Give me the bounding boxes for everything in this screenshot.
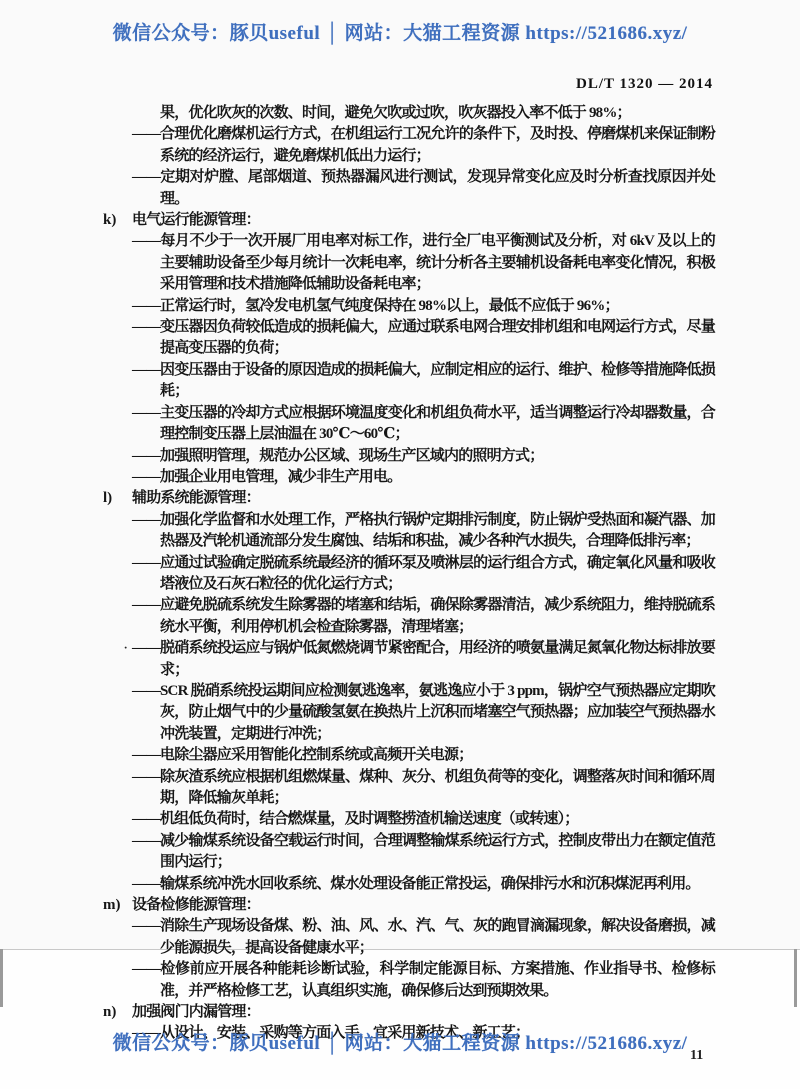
section-heading: k)电气运行能源管理： [103,210,715,231]
document-page: 微信公众号：豚贝useful │ 网站：大猫工程资源 https://52168… [0,0,800,1089]
section-title: 电气运行能源管理： [132,212,260,228]
dash-item: ——加强企业用电管理，减少非生产用电。 [103,467,715,488]
dash-mark: —— [132,833,160,849]
dash-mark: —— [132,448,160,464]
dash-mark: —— [132,747,160,763]
section-heading: n)加强阀门内漏管理： [103,1002,715,1023]
section-heading: m)设备检修能源管理： [103,895,715,916]
dash-mark: —— [132,683,160,699]
dash-mark: —— [132,769,160,785]
dash-item: ——SCR 脱硝系统投运期间应检测氨逃逸率，氨逃逸应小于 3 ppm，锅炉空气预… [103,681,715,745]
dash-item: ——加强化学监督和水处理工作，严格执行锅炉定期排污制度，防止锅炉受热面和凝汽器、… [103,510,715,553]
dash-mark: —— [132,469,160,485]
scan-edge-mark-right [794,949,797,1007]
section-letter: l) [103,488,132,509]
dash-item: ——消除生产现场设备煤、粉、油、风、水、汽、气、灰的跑冒滴漏现象，解决设备磨损，… [103,916,715,959]
dash-mark: —— [132,169,160,185]
dash-item: ——电除尘器应采用智能化控制系统或高频开关电源； [103,745,715,766]
dash-mark: —— [132,555,160,571]
dash-item: ——每月不少于一次开展厂用电率对标工作，进行全厂电平衡测试及分析，对 6kV 及… [103,231,715,295]
document-body: 果，优化吹灰的次数、时间，避免欠吹或过吹，吹灰器投入率不低于 98%；——合理优… [103,103,715,1045]
dash-mark: —— [132,640,160,656]
dash-mark: —— [132,319,160,335]
dash-item: ——应通过试验确定脱硫系统最经济的循环泵及喷淋层的运行组合方式，确定氧化风量和吸… [103,553,715,596]
section-title: 辅助系统能源管理： [132,490,260,506]
dash-mark: —— [132,405,160,421]
section-title: 设备检修能源管理： [132,897,260,913]
dash-item: ——变压器因负荷较低造成的损耗偏大，应通过联系电网合理安排机组和电网运行方式，尽… [103,317,715,360]
continuation-line: 果，优化吹灰的次数、时间，避免欠吹或过吹，吹灰器投入率不低于 98%； [103,103,715,124]
dash-mark: —— [132,126,160,142]
dash-item: ——因变压器由于设备的原因造成的损耗偏大，应制定相应的运行、维护、检修等措施降低… [103,360,715,403]
scan-edge-mark-left [0,949,3,1007]
doc-number: DL/T 1320 — 2014 [576,76,713,93]
dash-item: ——合理优化磨煤机运行方式，在机组运行工况允许的条件下，及时投、停磨煤机来保证制… [103,124,715,167]
dash-item: ——定期对炉膛、尾部烟道、预热器漏风进行测试，发现异常变化应及时分析查找原因并处… [103,167,715,210]
stray-mark: · [123,640,128,658]
dash-mark: —— [132,961,160,977]
dash-mark: —— [132,298,160,314]
dash-item: ——加强照明管理，规范办公区域、现场生产区域内的照明方式； [103,446,715,467]
dash-item: ——主变压器的冷却方式应根据环境温度变化和机组负荷水平，适当调整运行冷却器数量，… [103,403,715,446]
section-letter: m) [103,895,132,916]
section-letter: n) [103,1002,132,1023]
dash-mark: —— [132,512,160,528]
dash-item: ——输煤系统冲洗水回收系统、煤水处理设备能正常投运，确保排污水和沉积煤泥再利用。 [103,874,715,895]
dash-item: ——检修前应开展各种能耗诊断试验，科学制定能源目标、方案措施、作业指导书、检修标… [103,959,715,1002]
dash-mark: —— [132,811,160,827]
dash-mark: —— [132,876,160,892]
dash-item: ——机组低负荷时，结合燃煤量，及时调整捞渣机输送速度（或转速）； [103,809,715,830]
dash-item: ——减少输煤系统设备空载运行时间，合理调整输煤系统运行方式，控制皮带出力在额定值… [103,831,715,874]
dash-mark: —— [132,597,160,613]
section-heading: l)辅助系统能源管理： [103,488,715,509]
dash-item: ——应避免脱硫系统发生除雾器的堵塞和结垢，确保除雾器清洁，减少系统阻力，维持脱硫… [103,595,715,638]
dash-item: ——正常运行时，氢冷发电机氢气纯度保持在 98%以上，最低不应低于 96%； [103,296,715,317]
dash-mark: —— [132,233,160,249]
dash-mark: —— [132,918,160,934]
watermark-bottom: 微信公众号：豚贝useful │ 网站：大猫工程资源 https://52168… [0,1028,800,1055]
watermark-top: 微信公众号：豚贝useful │ 网站：大猫工程资源 https://52168… [0,18,800,45]
dash-item: ——除灰渣系统应根据机组燃煤量、煤种、灰分、机组负荷等的变化，调整落灰时间和循环… [103,767,715,810]
dash-mark: —— [132,362,160,378]
section-letter: k) [103,210,132,231]
dash-item: ——脱硝系统投运应与锅炉低氮燃烧调节紧密配合，用经济的喷氨量满足氮氧化物达标排放… [103,638,715,681]
page-number: 11 [690,1048,703,1064]
section-title: 加强阀门内漏管理： [132,1004,260,1020]
